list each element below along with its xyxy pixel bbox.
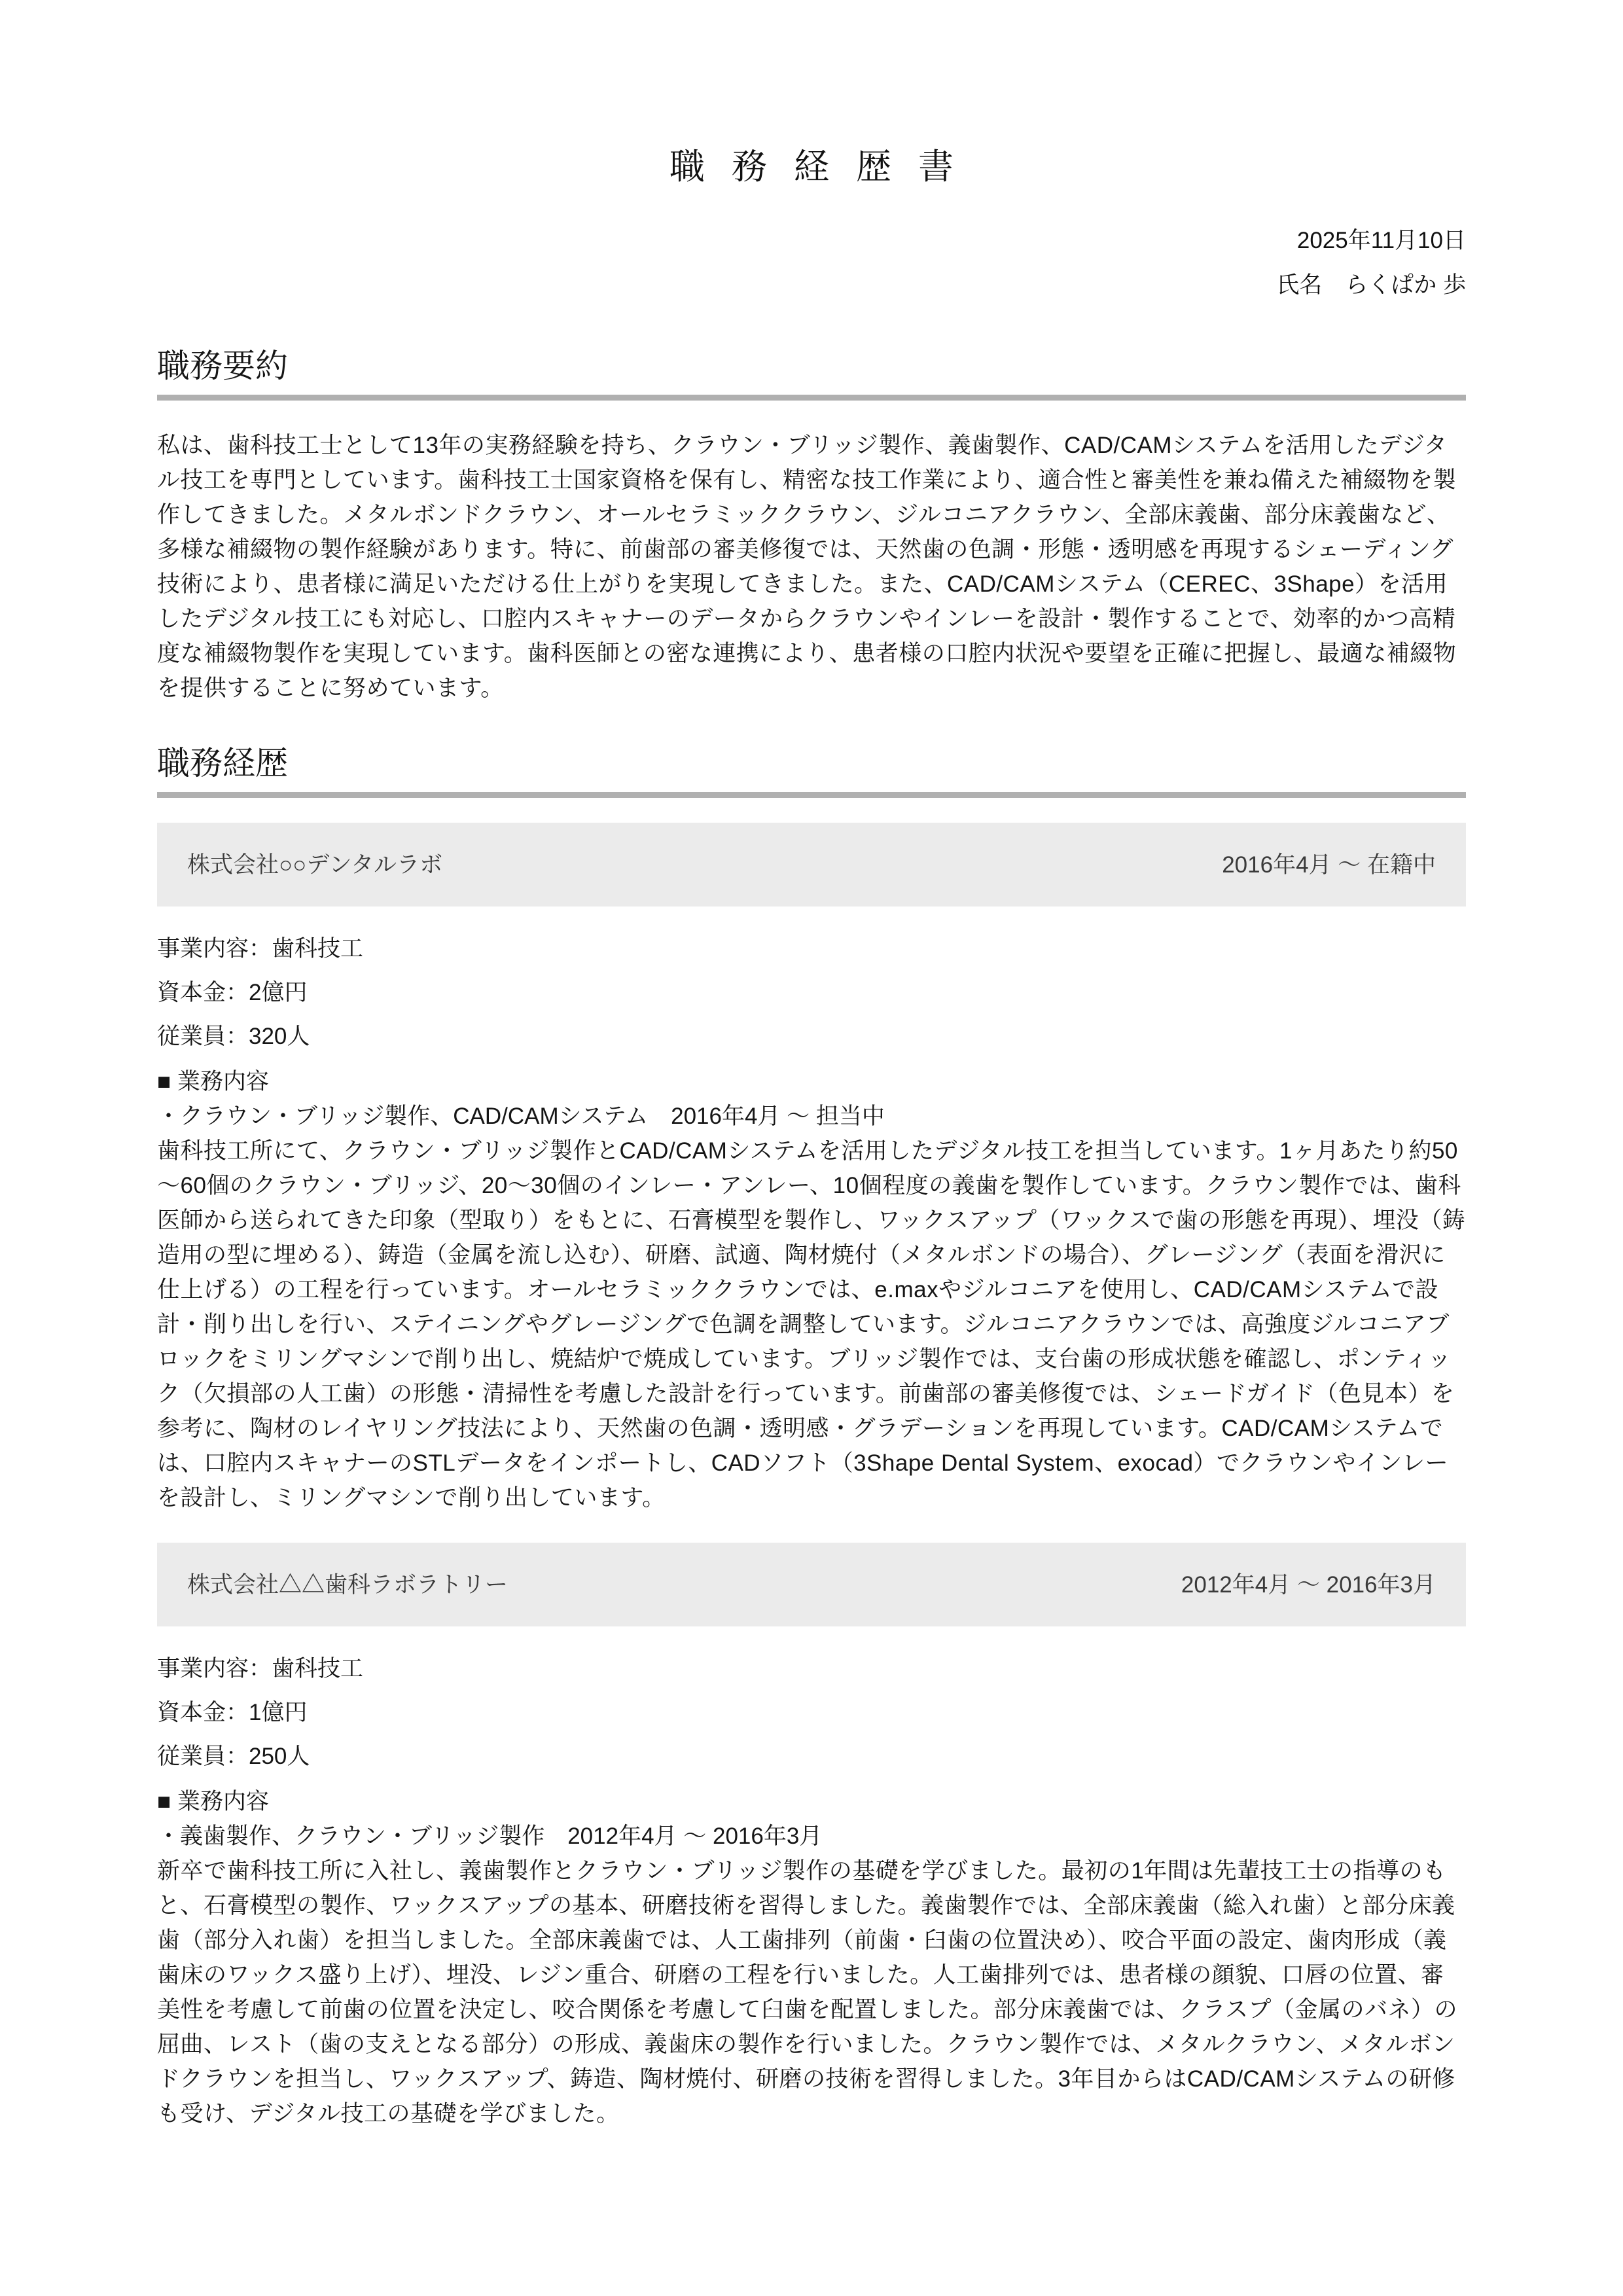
name-line: 氏名 らくぱか 歩 (157, 268, 1466, 302)
summary-heading: 職務要約 (157, 348, 1466, 384)
company-details: 事業内容：歯科技工 資本金：2億円 従業員：320人 (157, 931, 1466, 1054)
job-description: 歯科技工所にて、クラウン・ブリッジ製作とCAD/CAMシステムを活用したデジタル… (157, 1134, 1466, 1515)
work-content-heading: ■ 業務内容 (157, 1064, 1466, 1099)
employees-line: 従業員：320人 (157, 1019, 1466, 1054)
company-period: 2016年4月 ～ 在籍中 (1222, 848, 1436, 882)
company-name: 株式会社○○デンタルラボ (187, 848, 442, 882)
company-details: 事業内容：歯科技工 資本金：1億円 従業員：250人 (157, 1651, 1466, 1774)
company-period: 2012年4月 ～ 2016年3月 (1181, 1568, 1436, 1602)
work-content-heading: ■ 業務内容 (157, 1784, 1466, 1819)
history-heading: 職務経歴 (157, 745, 1466, 781)
employees-line: 従業員：250人 (157, 1739, 1466, 1774)
date-line: 2025年11月10日 (157, 223, 1466, 258)
role-line: ・義歯製作、クラウン・ブリッジ製作 2012年4月 ～ 2016年3月 (157, 1819, 1466, 1854)
job-description: 新卒で歯科技工所に入社し、義歯製作とクラウン・ブリッジ製作の基礎を学びました。最… (157, 1854, 1466, 2131)
history-heading-rule (157, 792, 1466, 798)
summary-heading-rule (157, 395, 1466, 401)
capital-line: 資本金：2億円 (157, 975, 1466, 1010)
company-header: 株式会社△△歯科ラボラトリー 2012年4月 ～ 2016年3月 (157, 1543, 1466, 1626)
page-title: 職 務 経 歴 書 (157, 147, 1466, 187)
capital-line: 資本金：1億円 (157, 1695, 1466, 1730)
business-line: 事業内容：歯科技工 (157, 1651, 1466, 1686)
summary-paragraph: 私は、歯科技工士として13年の実務経験を持ち、クラウン・ブリッジ製作、義歯製作、… (157, 428, 1466, 706)
resume-page: 職 務 経 歴 書 2025年11月10日 氏名 らくぱか 歩 職務要約 私は、… (0, 0, 1623, 2296)
business-line: 事業内容：歯科技工 (157, 931, 1466, 966)
role-line: ・クラウン・ブリッジ製作、CAD/CAMシステム 2016年4月 ～ 担当中 (157, 1099, 1466, 1134)
document-meta: 2025年11月10日 氏名 らくぱか 歩 (157, 223, 1466, 302)
company-name: 株式会社△△歯科ラボラトリー (187, 1568, 508, 1602)
company-header: 株式会社○○デンタルラボ 2016年4月 ～ 在籍中 (157, 823, 1466, 906)
